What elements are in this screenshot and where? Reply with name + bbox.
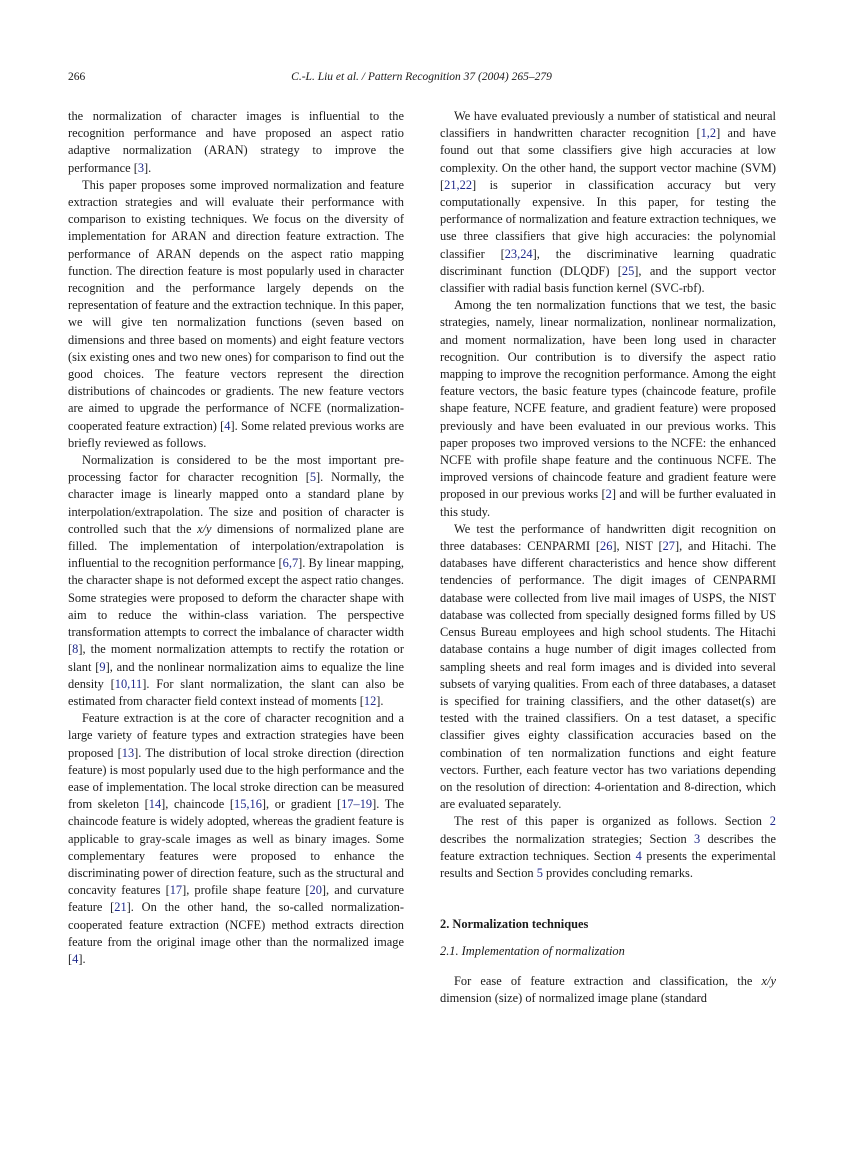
paragraph: For ease of feature extraction and class… bbox=[440, 973, 776, 1007]
citation-link[interactable]: 1,2 bbox=[701, 126, 717, 140]
citation-link[interactable]: 20 bbox=[310, 883, 322, 897]
text: ], NIST [ bbox=[612, 539, 662, 553]
citation-link[interactable]: 17–19 bbox=[341, 797, 372, 811]
citation-link[interactable]: 21,22 bbox=[444, 178, 472, 192]
citation-link[interactable]: 21 bbox=[114, 900, 126, 914]
left-column: the normalization of character images is… bbox=[68, 108, 404, 968]
text: This paper proposes some improved normal… bbox=[68, 178, 404, 433]
citation-link[interactable]: 10,11 bbox=[115, 677, 142, 691]
paragraph: We test the performance of handwritten d… bbox=[440, 521, 776, 813]
paragraph: The rest of this paper is organized as f… bbox=[440, 813, 776, 882]
citation-link[interactable]: 23,24 bbox=[505, 247, 533, 261]
text: ], profile shape feature [ bbox=[182, 883, 309, 897]
math-xy: x/y bbox=[762, 974, 776, 988]
text: the normalization of character images is… bbox=[68, 109, 404, 175]
subsection-heading: 2.1. Implementation of normalization bbox=[440, 943, 776, 960]
citation-link[interactable]: 14 bbox=[149, 797, 161, 811]
citation-link[interactable]: 12 bbox=[364, 694, 376, 708]
paragraph: Normalization is considered to be the mo… bbox=[68, 452, 404, 710]
text: describes the normalization strategies; … bbox=[440, 832, 694, 846]
paragraph: This paper proposes some improved normal… bbox=[68, 177, 404, 452]
text: The rest of this paper is organized as f… bbox=[454, 814, 770, 828]
right-column: We have evaluated previously a number of… bbox=[440, 108, 776, 1007]
text: ], chaincode [ bbox=[161, 797, 234, 811]
text: Among the ten normalization functions th… bbox=[440, 298, 776, 501]
citation-link[interactable]: 27 bbox=[663, 539, 675, 553]
citation-link[interactable]: 6,7 bbox=[283, 556, 299, 570]
text: ], or gradient [ bbox=[262, 797, 341, 811]
page-header: 266 C.-L. Liu et al. / Pattern Recogniti… bbox=[68, 71, 775, 87]
paragraph: We have evaluated previously a number of… bbox=[440, 108, 776, 297]
text: provides concluding remarks. bbox=[543, 866, 693, 880]
citation-link[interactable]: 25 bbox=[622, 264, 634, 278]
citation-link[interactable]: 13 bbox=[122, 746, 134, 760]
text: dimension (size) of normalized image pla… bbox=[440, 991, 707, 1005]
section-link[interactable]: 2 bbox=[770, 814, 776, 828]
text: For ease of feature extraction and class… bbox=[454, 974, 762, 988]
paragraph: Feature extraction is at the core of cha… bbox=[68, 710, 404, 968]
paragraph: the normalization of character images is… bbox=[68, 108, 404, 177]
math-xy: x/y bbox=[197, 522, 211, 536]
text: ]. bbox=[376, 694, 383, 708]
citation-link[interactable]: 15,16 bbox=[234, 797, 262, 811]
running-head: C.-L. Liu et al. / Pattern Recognition 3… bbox=[68, 71, 775, 83]
citation-link[interactable]: 17 bbox=[170, 883, 182, 897]
section-heading: 2. Normalization techniques bbox=[440, 916, 776, 933]
text: ]. bbox=[144, 161, 151, 175]
text: ]. bbox=[78, 952, 85, 966]
citation-link[interactable]: 26 bbox=[600, 539, 612, 553]
paragraph: Among the ten normalization functions th… bbox=[440, 297, 776, 521]
text: ], and Hitachi. The databases have diffe… bbox=[440, 539, 776, 811]
